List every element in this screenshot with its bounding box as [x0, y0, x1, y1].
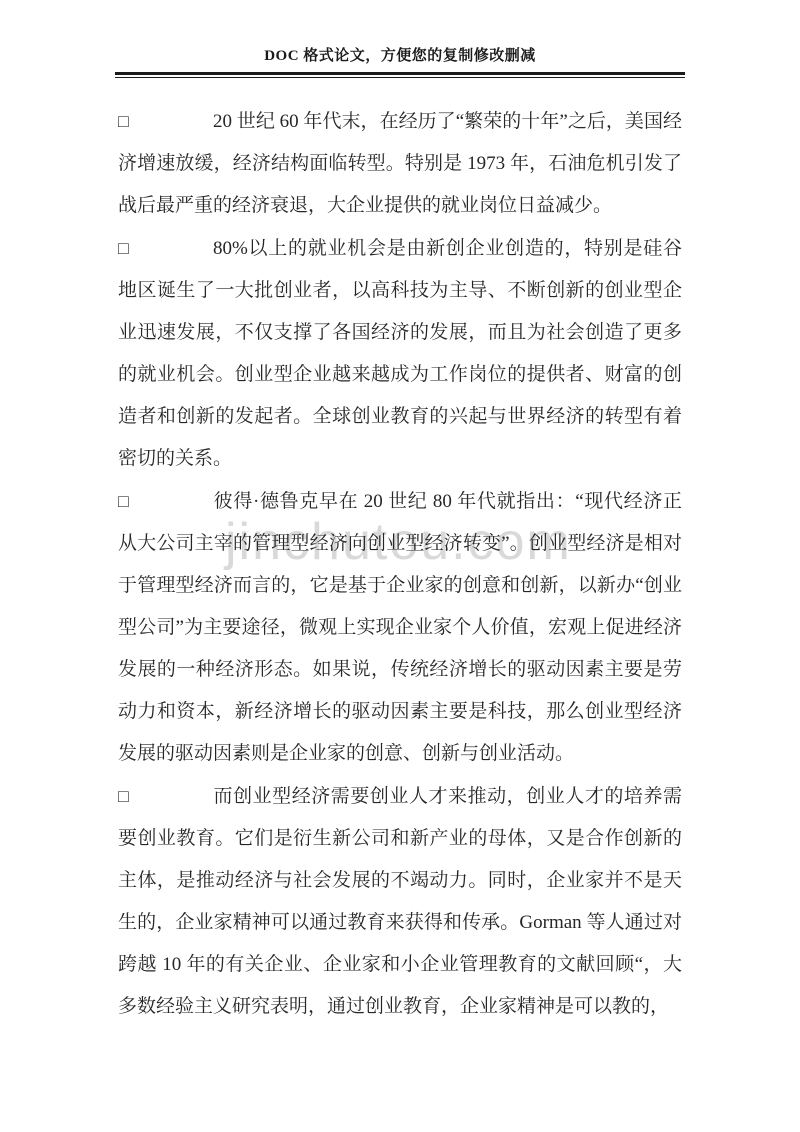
paragraph: □20 世纪 60 年代末，在经历了“繁荣的十年”之后，美国经济增速放缓，经济结… [118, 100, 682, 227]
paragraph: □彼得·德鲁克早在 20 世纪 80 年代就指出：“现代经济正从大公司主宰的管理… [118, 480, 682, 775]
checkbox-glyph: □ [118, 480, 213, 522]
page-header: DOC 格式论文，方便您的复制修改删减 [115, 44, 685, 78]
checkbox-glyph: □ [118, 775, 213, 817]
header-title: DOC 格式论文，方便您的复制修改删减 [115, 44, 685, 72]
paragraph-text: 80%以上的就业机会是由新创企业创造的，特别是硅谷地区诞生了一大批创业者，以高科… [118, 238, 682, 469]
header-rule-thin [115, 77, 685, 78]
paragraph-text: 彼得·德鲁克早在 20 世纪 80 年代就指出：“现代经济正从大公司主宰的管理型… [118, 491, 682, 764]
paragraph-text: 而创业型经济需要创业人才来推动，创业人才的培养需要创业教育。它们是衍生新公司和新… [118, 786, 682, 1017]
paragraph: □80%以上的就业机会是由新创企业创造的，特别是硅谷地区诞生了一大批创业者，以高… [118, 227, 682, 480]
checkbox-glyph: □ [118, 227, 213, 269]
document-page: DOC 格式论文，方便您的复制修改删减 jinchutou.com □20 世纪… [0, 0, 800, 1132]
paragraph: □而创业型经济需要创业人才来推动，创业人才的培养需要创业教育。它们是衍生新公司和… [118, 775, 682, 1028]
document-body: □20 世纪 60 年代末，在经历了“繁荣的十年”之后，美国经济增速放缓，经济结… [118, 100, 682, 1028]
header-rule-thick [115, 72, 685, 75]
checkbox-glyph: □ [118, 100, 213, 142]
